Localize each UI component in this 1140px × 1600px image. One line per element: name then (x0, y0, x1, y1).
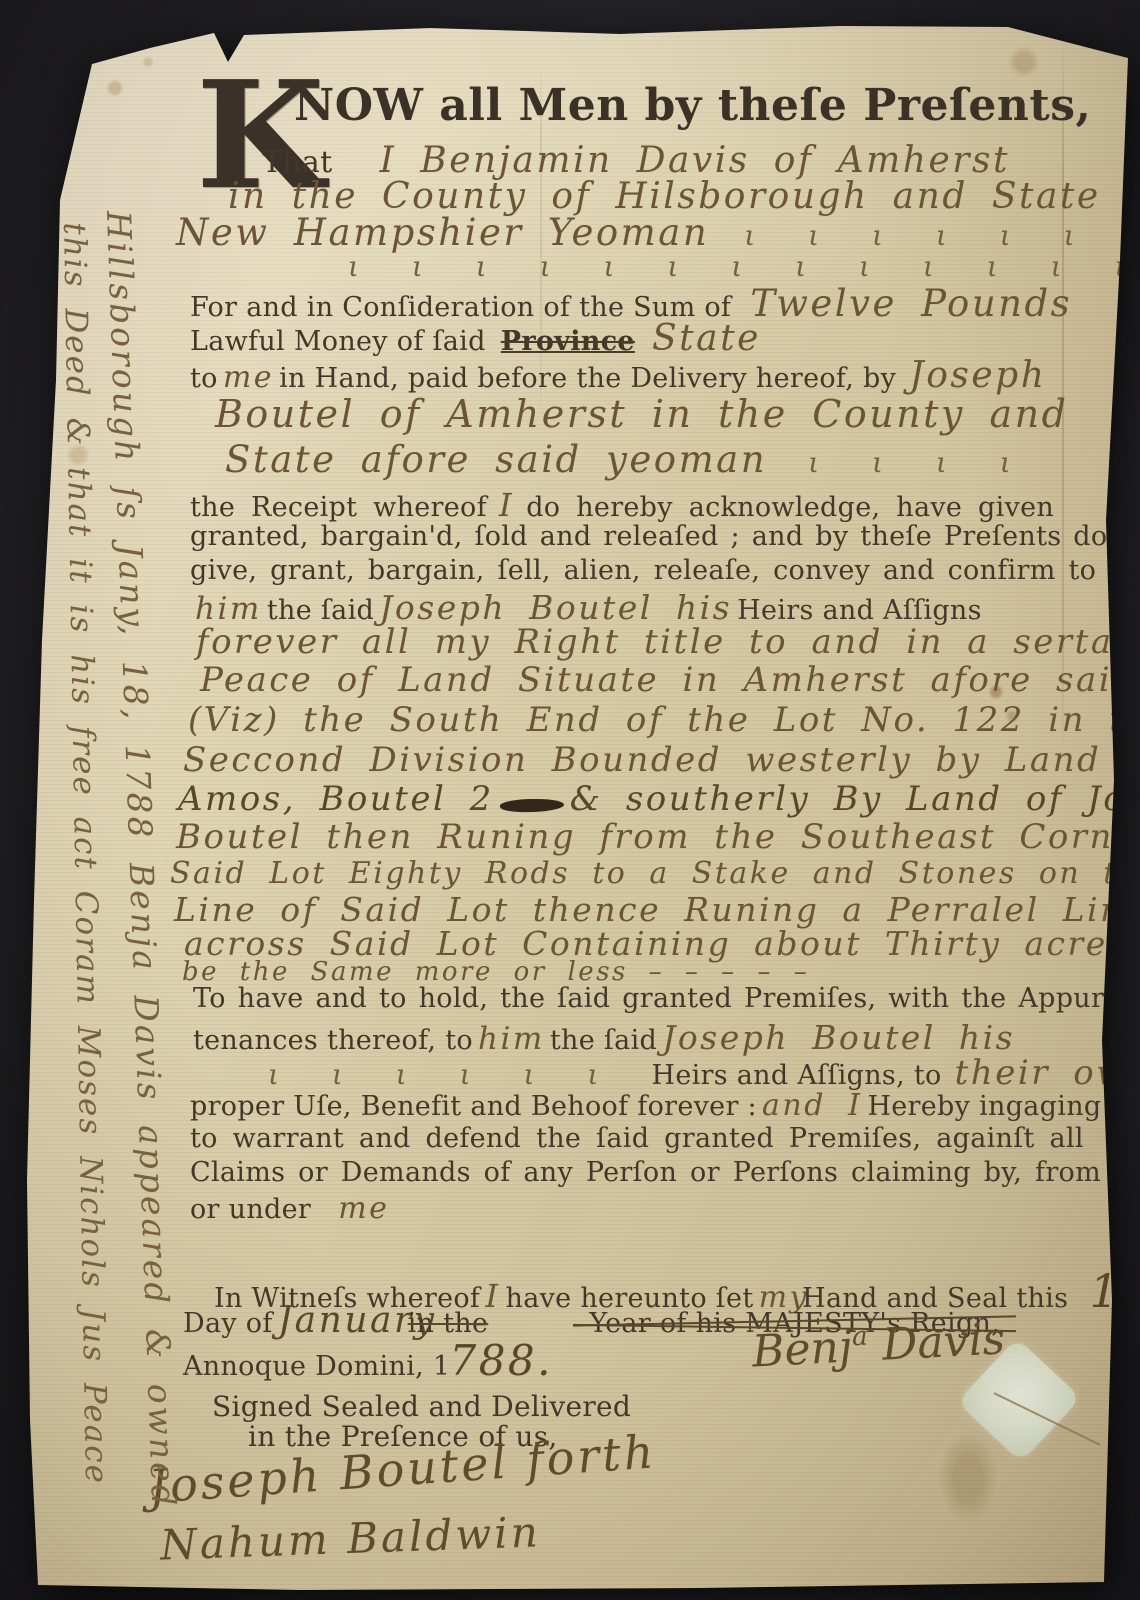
hw-premises-4: Seccond Division Bounded westerly by Lan… (183, 740, 1140, 780)
habendum-line-1: To have and to hold, the ſaid granted Pr… (193, 983, 1114, 1014)
hw-state-aforesaid: State afore said yeoman (225, 438, 767, 481)
receipt-line-3: give, grant, bargain, ſell, alien, relea… (190, 555, 1096, 586)
hw-premises-3: (Viz) the South End of the Lot No. 122 i… (188, 700, 1140, 740)
filler-squiggle-row: ι ι ι ι ι ι ι ι ι ι ι ι ι ι ι ι ι ι (348, 250, 1140, 283)
hw-me: me (223, 360, 274, 395)
hw-state-line: New Hampshier Yeoman ι ι ι ι ι ι (176, 211, 1089, 254)
hw-aforesaid-line: State afore said yeoman ι ι ι ι (225, 438, 1025, 481)
grantor-signature-sup: a (851, 1321, 868, 1353)
hw-boutel-line: Boutel of Amherst in the County and (215, 392, 1068, 436)
hw-year-88: 788. (449, 1336, 553, 1385)
habendum-line-4: proper Uſe, Benefit and Behoof forever :… (190, 1088, 1101, 1123)
hw-me-2: me (338, 1191, 389, 1226)
testimonium-line-3: Annoque Domini, 1 788. (183, 1336, 553, 1385)
hw-premises-2: Peace of Land Situate in Amherst afore s… (200, 660, 1136, 700)
struck-in-the: in the (408, 1308, 489, 1339)
printed-day-of: Day of (183, 1308, 273, 1339)
printed-to: to (190, 363, 218, 394)
hw-grantee-2: Joseph Boutel his (662, 1018, 1015, 1057)
opening-line-1: That I Benjamin Davis of Amherst (262, 140, 1010, 181)
filler-squiggles-4: ι ι ι ι (808, 446, 1025, 479)
consideration-line-2: Lawful Money of ſaid Province State (190, 318, 761, 359)
hw-i-1: I (499, 486, 514, 524)
hw-premises-6: Boutel then Runing from the Southeast Co… (176, 817, 1140, 857)
hw-day-number: 18 (1089, 1264, 1140, 1318)
habendum-line-7: or under me (190, 1191, 389, 1226)
printed-or-under: or under (190, 1194, 311, 1225)
filler-squiggles-6: ι ι ι ι ι ι (268, 1058, 612, 1091)
headline-text: NOW all Men by theſe Preſents, (294, 80, 1091, 131)
hw-and-i: and I (762, 1088, 862, 1123)
habendum-line-6: Claims or Demands of any Perſon or Perſo… (190, 1157, 1101, 1188)
habendum-line-5: to warrant and defend the ſaid granted P… (190, 1123, 1084, 1154)
habendum-line-3: ι ι ι ι ι ι Heirs and Aſſigns, to their … (268, 1053, 1140, 1093)
hw-premises-7: Said Lot Eighty Rods to a Stake and Ston… (170, 856, 1140, 891)
printed-receipt-whereof: the Receipt whereof (190, 492, 487, 523)
hw-new-hampshier: New Hampshier Yeoman (176, 211, 709, 254)
printed-that: That (262, 145, 332, 180)
printed-the-said-2: the ſaid (550, 1025, 657, 1056)
habendum-line-2: tenances thereof, to him the ſaid Joseph… (193, 1018, 1015, 1057)
ink-blot (500, 798, 564, 813)
printed-in-hand: in Hand, paid before the Delivery hereof… (279, 363, 896, 394)
consideration-line-3: to me in Hand, paid before the Delivery … (190, 355, 1046, 396)
paper-shadow: K NOW all Men by theſe Preſents, That I … (0, 0, 1140, 1600)
printed-acknowledge: do hereby acknowledge, have given (526, 492, 1054, 523)
hw-joseph: Joseph (909, 355, 1046, 396)
receipt-line-2: granted, bargain'd, ſold and releaſed ; … (190, 521, 1107, 552)
filler-squiggles-short: ι ι ι ι ι ι (744, 219, 1088, 252)
printed-ingaging: Hereby ingaging (867, 1091, 1101, 1122)
receipt-line-1: the Receipt whereof I do hereby acknowle… (190, 486, 1054, 524)
hw-southerly: & southerly By Land of Joseph (570, 779, 1140, 819)
grantor-signature-post: Davis (881, 1313, 1007, 1370)
printed-lawful-money: Lawful Money of ſaid (190, 326, 486, 357)
photo-of-deed: K NOW all Men by theſe Preſents, That I … (0, 0, 1140, 1600)
printed-heirs-assigns-2: Heirs and Aſſigns, to (651, 1060, 941, 1091)
attestation-line-1: Signed Sealed and Delivered (212, 1390, 631, 1423)
printed-tenances: tenances thereof, to (193, 1025, 473, 1056)
hw-state: State (652, 318, 761, 359)
hw-him-2: him (478, 1021, 545, 1057)
hw-their-own: their own (955, 1053, 1140, 1093)
hw-twelve-pounds: Twelve Pounds (750, 282, 1072, 325)
grantor-signature-pre: Benj (751, 1321, 854, 1377)
hw-amos-boutel: Amos, Boutel 2 (178, 779, 494, 819)
printed-proper-use: proper Uſe, Benefit and Behoof forever : (190, 1091, 757, 1122)
hw-premises-1: forever all my Right title to and in a s… (196, 622, 1140, 662)
hw-grantor-name: I Benjamin Davis of Amherst (380, 140, 1010, 181)
hw-premises-5: Amos, Boutel 2& southerly By Land of Jos… (178, 779, 1140, 819)
deed-paper: K NOW all Men by theſe Preſents, That I … (0, 0, 1140, 1600)
struck-province: Province (501, 326, 635, 357)
printed-annoque-domini: Annoque Domini, 1 (183, 1351, 450, 1382)
